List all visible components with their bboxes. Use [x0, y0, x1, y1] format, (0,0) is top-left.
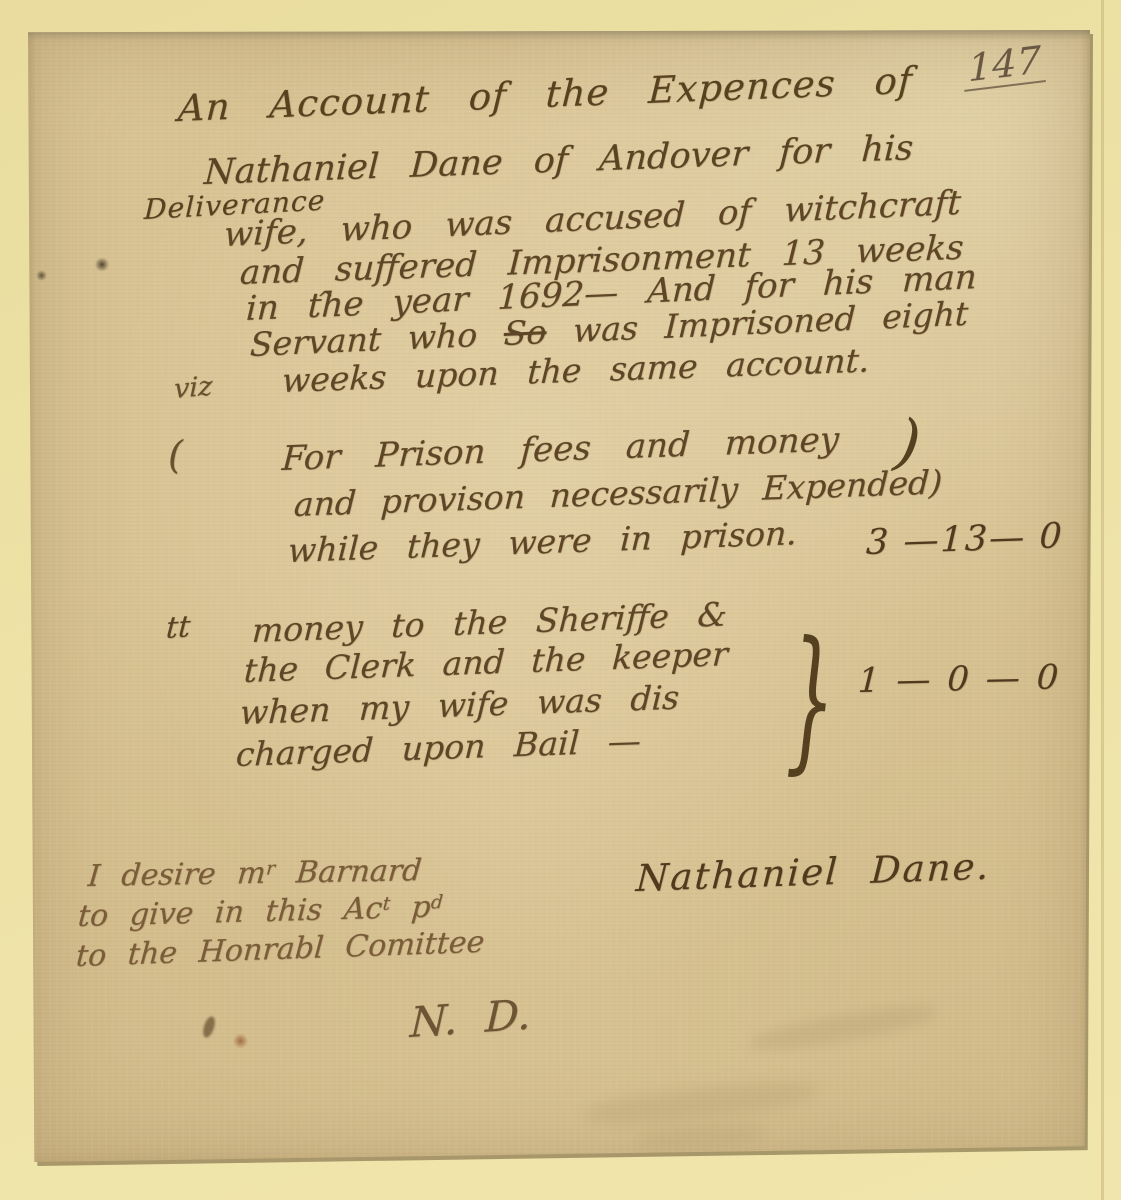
- signature-nathaniel-dane: Nathaniel Dane.: [635, 848, 991, 897]
- closing-line-1-text2: Barnard: [273, 853, 423, 891]
- bleed-through-mark: [635, 1121, 766, 1152]
- item2-brace: }: [785, 620, 836, 779]
- item2-margin-mark: tt: [165, 612, 191, 644]
- margin-note-viz: viz: [174, 373, 213, 403]
- title-line-1: An Account of the Expences of: [177, 62, 914, 127]
- item1-line-3: while they were in prison.: [287, 516, 798, 567]
- manuscript-page: 147 An Account of the Expences of Nathan…: [28, 30, 1090, 1162]
- rust-stain: [232, 1034, 249, 1048]
- closing-line-1: I desire mr Barnard: [87, 856, 423, 892]
- closing-line-2-text2: p: [388, 890, 432, 926]
- paper-top-edge: [28, 30, 1090, 41]
- closing-line-3: to the Honrabl Comittee: [75, 928, 485, 972]
- title-line-2: Nathaniel Dane of Andover for his: [203, 131, 914, 191]
- closing-line-2: to give in this Act pd: [77, 892, 444, 932]
- bleed-through-mark: [582, 1076, 819, 1130]
- backing-fold-line: [1101, 0, 1104, 1200]
- scanned-document: 147 An Account of the Expences of Nathan…: [0, 0, 1121, 1200]
- item2-amount: 1 — 0 — 0: [857, 660, 1062, 698]
- bleed-through-mark: [747, 999, 939, 1058]
- initials-nd: N. D.: [409, 994, 531, 1044]
- closing-line-2-text: to give in this Ac: [77, 891, 384, 934]
- item1-open-paren: (: [168, 436, 183, 474]
- closing-line-1-text: I desire m: [87, 856, 268, 894]
- ink-stain: [36, 270, 47, 281]
- superscript-d: d: [430, 892, 444, 913]
- page-number: 147: [964, 40, 1046, 92]
- ink-blot: [201, 1015, 217, 1039]
- ink-stain: [94, 258, 110, 271]
- struck-out-word: So: [503, 312, 547, 353]
- item1-amount: 3 —13— 0: [865, 519, 1064, 561]
- paper-left-edge: [28, 30, 36, 1162]
- item2-line-4: charged upon Bail —: [235, 724, 642, 771]
